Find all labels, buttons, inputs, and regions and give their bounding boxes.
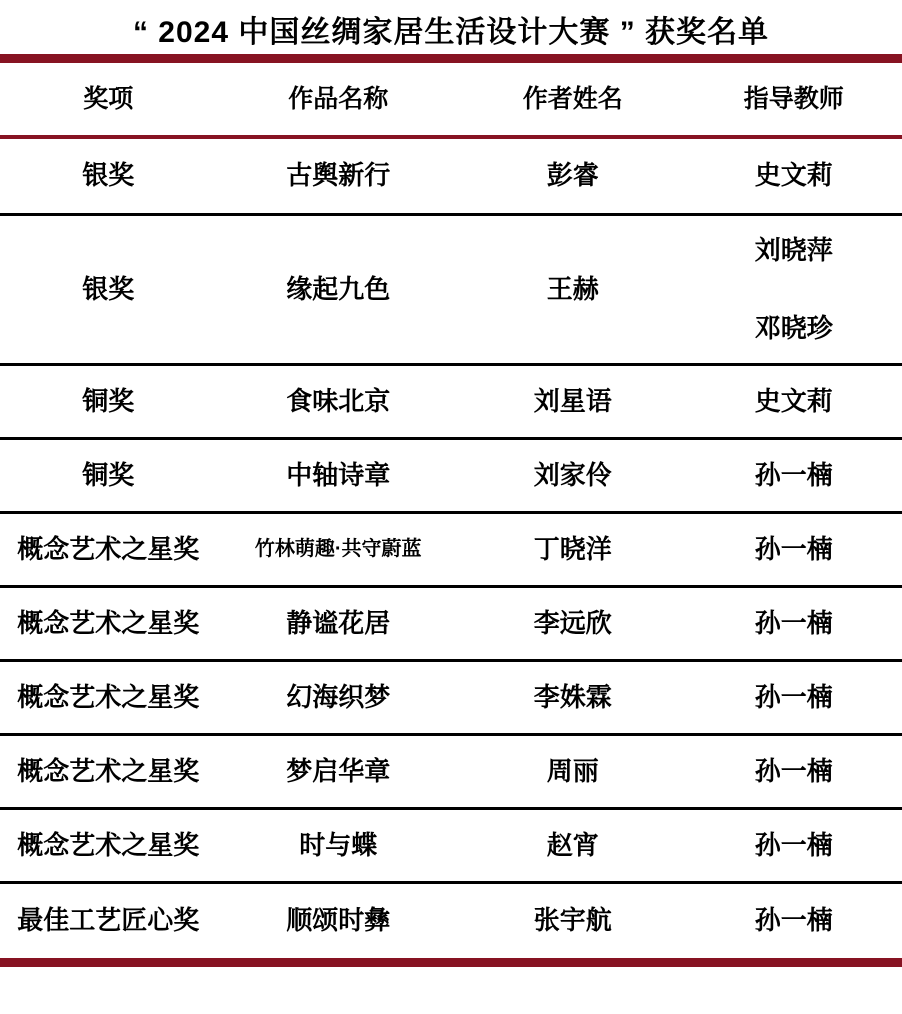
cell-award: 银奖 (0, 275, 216, 305)
cell-work: 食味北京 (216, 387, 460, 417)
table-row: 概念艺术之星奖 幻海织梦 李姝霖 孙一楠 (0, 662, 902, 736)
cell-author: 赵宵 (460, 831, 686, 861)
cell-teacher: 孙一楠 (686, 609, 902, 639)
cell-author: 彭睿 (460, 161, 686, 191)
teacher-name: 邓晓珍 (755, 314, 833, 344)
page-title: “ 2024 中国丝绸家居生活设计大赛 ” 获奖名单 (0, 0, 902, 54)
cell-teacher: 史文莉 (686, 161, 902, 191)
cell-teacher: 孙一楠 (686, 683, 902, 713)
table-row: 铜奖 食味北京 刘星语 史文莉 (0, 366, 902, 440)
table-row: 铜奖 中轴诗章 刘家伶 孙一楠 (0, 440, 902, 514)
cell-work: 时与蝶 (216, 831, 460, 861)
bottom-divider-bar (0, 958, 902, 967)
table-row: 银奖 缘起九色 王赫 刘晓萍 邓晓珍 (0, 216, 902, 366)
cell-work: 中轴诗章 (216, 461, 460, 491)
cell-author: 王赫 (460, 275, 686, 305)
table-header-row: 奖项 作品名称 作者姓名 指导教师 (0, 63, 902, 139)
column-header-work: 作品名称 (216, 85, 460, 114)
cell-teacher: 史文莉 (686, 387, 902, 417)
cell-work: 梦启华章 (216, 757, 460, 787)
cell-work: 静谧花居 (216, 609, 460, 639)
table-row: 银奖 古舆新行 彭睿 史文莉 (0, 139, 902, 216)
table-row: 概念艺术之星奖 竹林萌趣·共守蔚蓝 丁晓洋 孙一楠 (0, 514, 902, 588)
cell-award: 铜奖 (0, 387, 216, 417)
cell-work: 幻海织梦 (216, 683, 460, 713)
cell-work: 竹林萌趣·共守蔚蓝 (216, 538, 460, 561)
cell-author: 刘星语 (460, 387, 686, 417)
column-header-author: 作者姓名 (460, 85, 686, 114)
cell-author: 张宇航 (460, 906, 686, 936)
cell-award: 概念艺术之星奖 (0, 609, 216, 639)
table-row: 概念艺术之星奖 静谧花居 李远欣 孙一楠 (0, 588, 902, 662)
cell-award: 概念艺术之星奖 (0, 831, 216, 861)
awards-page: “ 2024 中国丝绸家居生活设计大赛 ” 获奖名单 奖项 作品名称 作者姓名 … (0, 0, 902, 1014)
cell-work: 古舆新行 (216, 161, 460, 191)
cell-teacher: 孙一楠 (686, 831, 902, 861)
cell-award: 最佳工艺匠心奖 (0, 906, 216, 936)
column-header-award: 奖项 (0, 85, 216, 114)
cell-author: 丁晓洋 (460, 535, 686, 565)
cell-award: 铜奖 (0, 461, 216, 491)
cell-work: 顺颂时彝 (216, 906, 460, 936)
teacher-name: 刘晓萍 (755, 236, 833, 266)
column-header-teacher: 指导教师 (686, 85, 902, 114)
table-row: 概念艺术之星奖 时与蝶 赵宵 孙一楠 (0, 810, 902, 884)
cell-award: 概念艺术之星奖 (0, 535, 216, 565)
cell-award: 概念艺术之星奖 (0, 683, 216, 713)
cell-teacher: 孙一楠 (686, 535, 902, 565)
cell-teacher: 孙一楠 (686, 757, 902, 787)
table-row: 最佳工艺匠心奖 顺颂时彝 张宇航 孙一楠 (0, 884, 902, 958)
cell-teacher: 刘晓萍 邓晓珍 (686, 236, 902, 344)
cell-work: 缘起九色 (216, 275, 460, 305)
cell-author: 李姝霖 (460, 683, 686, 713)
cell-author: 李远欣 (460, 609, 686, 639)
cell-author: 周丽 (460, 757, 686, 787)
cell-teacher: 孙一楠 (686, 906, 902, 936)
cell-award: 概念艺术之星奖 (0, 757, 216, 787)
cell-award: 银奖 (0, 161, 216, 191)
cell-author: 刘家伶 (460, 461, 686, 491)
table-row: 概念艺术之星奖 梦启华章 周丽 孙一楠 (0, 736, 902, 810)
cell-teacher: 孙一楠 (686, 461, 902, 491)
